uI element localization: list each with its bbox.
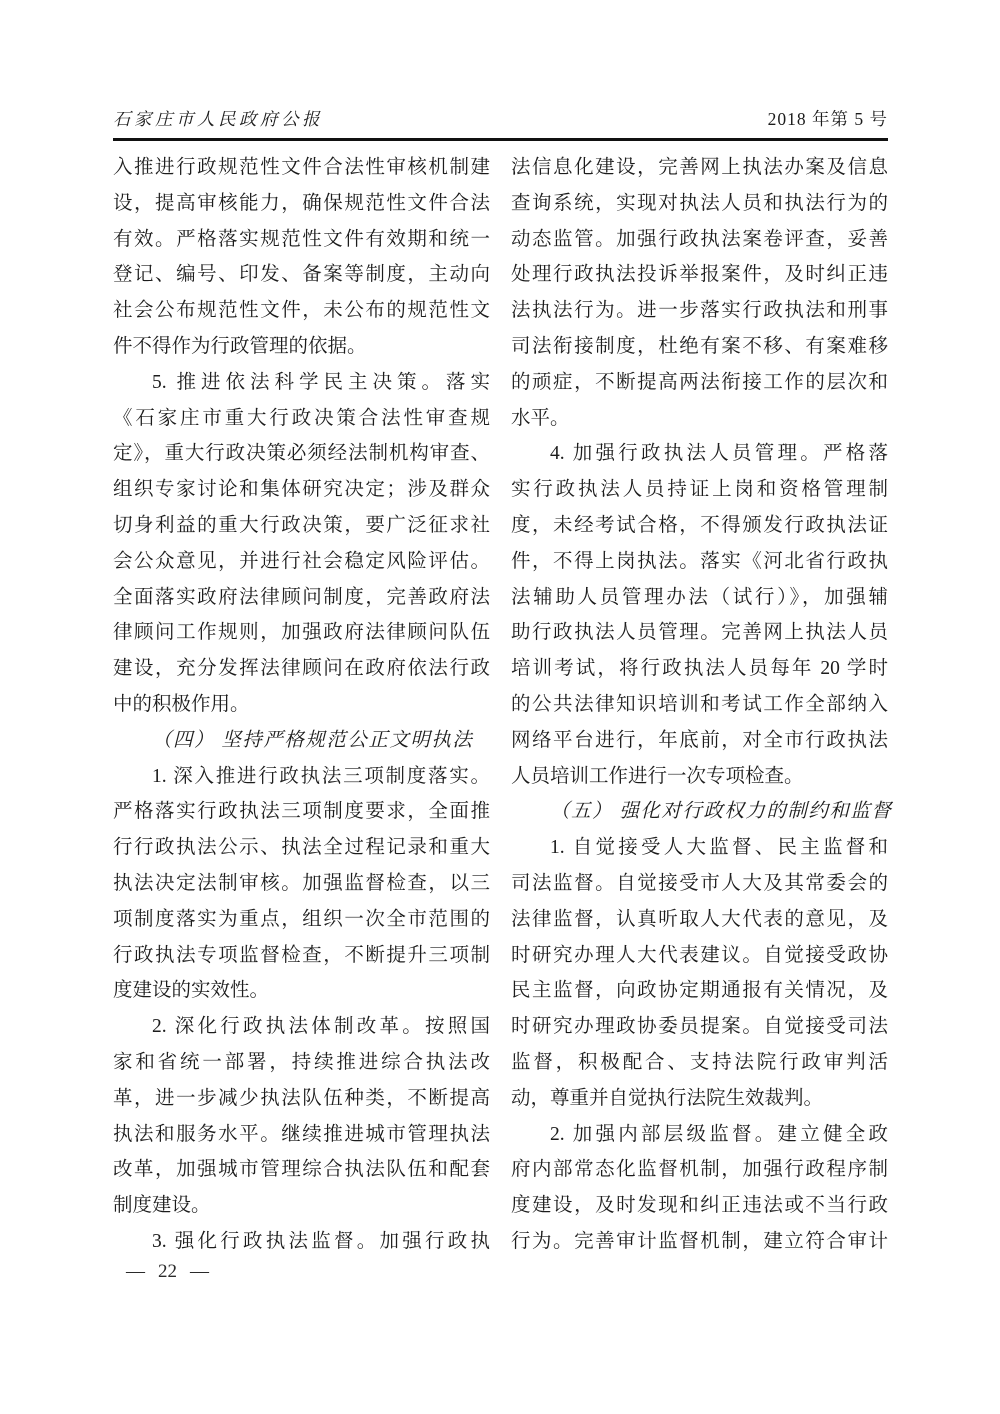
text-line: 3. 强化行政执法监督。加强行政执: [113, 1224, 490, 1260]
text-line: 2. 深化行政执法体制改革。按照国: [113, 1009, 490, 1045]
header-divider-rule: [113, 138, 888, 141]
text-line: 培训考试，将行政执法人员每年 20 学时: [511, 651, 888, 687]
text-line: 行政执法专项监督检查，不断提升三项制: [113, 938, 490, 974]
text-line: 定》，重大行政决策必须经法制机构审查、: [113, 436, 490, 472]
text-line: 执法决定法制审核。加强监督检查，以三: [113, 866, 490, 902]
text-line: 时研究办理人大代表建议。自觉接受政协: [511, 938, 888, 974]
text-line: 执法和服务水平。继续推进城市管理执法: [113, 1117, 490, 1153]
text-line: 度建设的实效性。: [113, 973, 490, 1009]
text-line: 入推进行政规范性文件合法性审核机制建: [113, 150, 490, 186]
text-line: 度，未经考试合格，不得颁发行政执法证: [511, 508, 888, 544]
text-line: 家和省统一部署，持续推进综合执法改: [113, 1045, 490, 1081]
text-line: 的顽症，不断提高两法衔接工作的层次和: [511, 365, 888, 401]
text-line: 登记、编号、印发、备案等制度，主动向: [113, 257, 490, 293]
text-line: 全面落实政府法律顾问制度，完善政府法: [113, 580, 490, 616]
text-line: 2. 加强内部层级监督。建立健全政: [511, 1117, 888, 1153]
text-line: 制度建设。: [113, 1188, 490, 1224]
text-line: 1. 自觉接受人大监督、民主监督和: [511, 830, 888, 866]
text-line: 度建设，及时发现和纠正违法或不当行政: [511, 1188, 888, 1224]
text-line: 严格落实行政执法三项制度要求，全面推: [113, 794, 490, 830]
text-line: 革，进一步减少执法队伍种类，不断提高: [113, 1081, 490, 1117]
text-line: 查询系统，实现对执法人员和执法行为的: [511, 186, 888, 222]
text-line: 监督，积极配合、支持法院行政审判活: [511, 1045, 888, 1081]
text-line: 行为。完善审计监督机制，建立符合审计: [511, 1224, 888, 1260]
text-line: 水平。: [511, 401, 888, 437]
text-line: 会公众意见，并进行社会稳定风险评估。: [113, 544, 490, 580]
text-line: 处理行政执法投诉举报案件，及时纠正违: [511, 257, 888, 293]
left-column: 入推进行政规范性文件合法性审核机制建设，提高审核能力，确保规范性文件合法有效。严…: [113, 150, 490, 1260]
text-line: 民主监督，向政协定期通报有关情况，及: [511, 973, 888, 1009]
header-issue-number: 2018 年第 5 号: [768, 106, 888, 131]
text-line: 5. 推进依法科学民主决策。落实: [113, 365, 490, 401]
text-line: 项制度落实为重点，组织一次全市范围的: [113, 902, 490, 938]
text-line: 件，不得上岗执法。落实《河北省行政执: [511, 544, 888, 580]
text-line: 《石家庄市重大行政决策合法性审查规: [113, 401, 490, 437]
text-line: 有效。严格落实规范性文件有效期和统一: [113, 222, 490, 258]
text-line: 动态监管。加强行政执法案卷评查，妥善: [511, 222, 888, 258]
text-line: 1. 深入推进行政执法三项制度落实。: [113, 759, 490, 795]
text-line: 组织专家讨论和集体研究决定；涉及群众: [113, 472, 490, 508]
text-line: 行行政执法公示、执法全过程记录和重大: [113, 830, 490, 866]
gazette-page: 石家庄市人民政府公报 2018 年第 5 号 入推进行政规范性文件合法性审核机制…: [0, 0, 1000, 1414]
page-footer: — 22 —: [126, 1261, 209, 1283]
text-line: 4. 加强行政执法人员管理。严格落: [511, 436, 888, 472]
text-line: 中的积极作用。: [113, 687, 490, 723]
text-line: 网络平台进行，年底前，对全市行政执法: [511, 723, 888, 759]
text-line: 件不得作为行政管理的依据。: [113, 329, 490, 365]
text-line: 法辅助人员管理办法（试行）》，加强辅: [511, 580, 888, 616]
footer-page-number: 22: [158, 1261, 177, 1283]
text-line: 建设，充分发挥法律顾问在政府依法行政: [113, 651, 490, 687]
article-body: 入推进行政规范性文件合法性审核机制建设，提高审核能力，确保规范性文件合法有效。严…: [113, 150, 888, 1260]
text-line: 法律监督，认真听取人大代表的意见，及: [511, 902, 888, 938]
text-line: 人员培训工作进行一次专项检查。: [511, 759, 888, 795]
right-column: 法信息化建设，完善网上执法办案及信息查询系统，实现对执法人员和执法行为的动态监管…: [511, 150, 888, 1260]
text-line: 切身利益的重大行政决策，要广泛征求社: [113, 508, 490, 544]
footer-right-dash: —: [190, 1261, 209, 1283]
text-line: 时研究办理政协委员提案。自觉接受司法: [511, 1009, 888, 1045]
text-line: 司法监督。自觉接受市人大及其常委会的: [511, 866, 888, 902]
text-line: 动，尊重并自觉执行法院生效裁判。: [511, 1081, 888, 1117]
footer-left-dash: —: [126, 1261, 145, 1283]
page-header: 石家庄市人民政府公报 2018 年第 5 号: [113, 106, 888, 131]
text-line: 社会公布规范性文件，未公布的规范性文: [113, 293, 490, 329]
text-line: 实行政执法人员持证上岗和资格管理制: [511, 472, 888, 508]
text-line: 府内部常态化监督机制，加强行政程序制: [511, 1152, 888, 1188]
text-line: 律顾问工作规则，加强政府法律顾问队伍: [113, 615, 490, 651]
text-line: 的公共法律知识培训和考试工作全部纳入: [511, 687, 888, 723]
text-line: 设，提高审核能力，确保规范性文件合法: [113, 186, 490, 222]
text-line: 法信息化建设，完善网上执法办案及信息: [511, 150, 888, 186]
section-heading-line: （五） 强化对行政权力的制约和监督: [511, 794, 888, 830]
text-line: 改革，加强城市管理综合执法队伍和配套: [113, 1152, 490, 1188]
text-line: 助行政执法人员管理。完善网上执法人员: [511, 615, 888, 651]
header-publication-title: 石家庄市人民政府公报: [113, 106, 323, 131]
text-line: 司法衔接制度，杜绝有案不移、有案难移: [511, 329, 888, 365]
section-heading-line: （四） 坚持严格规范公正文明执法: [113, 723, 490, 759]
text-line: 法执法行为。进一步落实行政执法和刑事: [511, 293, 888, 329]
